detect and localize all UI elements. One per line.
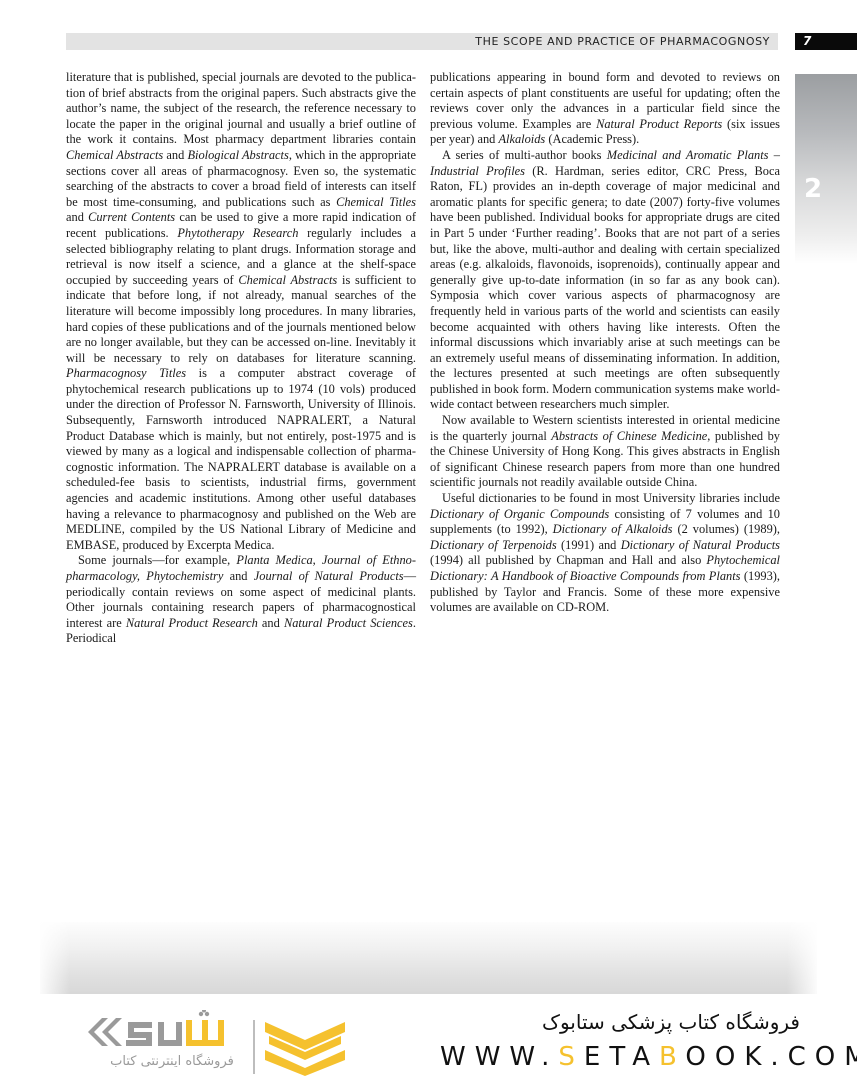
italic-title: Chemical Abstracts (238, 273, 337, 287)
paragraph: Useful dictionaries to be found in most … (430, 491, 780, 616)
text: and (163, 148, 187, 162)
text: Some journals—for example, (78, 553, 236, 567)
store-url-link[interactable]: WWW.SETABOOK.COM (440, 1042, 857, 1072)
paragraph: literature that is published, special jo… (66, 70, 416, 553)
text: and (223, 569, 253, 583)
chapter-number: 2 (804, 174, 822, 204)
text: (1994) all published by Chapman and Hall… (430, 553, 706, 567)
text: A series of multi-author books (442, 148, 607, 162)
brand-divider (253, 1020, 255, 1074)
italic-title: Biological Abstracts (187, 148, 288, 162)
brand-tagline: فروشگاه اینترنتی کتاب (92, 1054, 252, 1069)
url-text: WWW. (440, 1042, 558, 1072)
italic-title: Natural Product Research (126, 616, 258, 630)
paragraph: publications appearing in bound form and… (430, 70, 780, 148)
brand-wordmark-icon (80, 1010, 250, 1054)
italic-title: Journal of Natural Products (254, 569, 404, 583)
running-title: THE SCOPE AND PRACTICE OF PHARMACOGNOSY (475, 34, 770, 49)
text: (2 volumes) (1989), (673, 522, 781, 536)
url-text: ETA (584, 1042, 659, 1072)
text: and (258, 616, 284, 630)
chapter-tab: 2 (795, 74, 857, 264)
left-column: literature that is published, special jo… (66, 70, 416, 647)
italic-title: Abstracts of Chinese Medicine (551, 429, 707, 443)
text: (R. Hardman, series editor, CRC Press, B… (430, 164, 780, 412)
right-column: publications appearing in bound form and… (430, 70, 780, 616)
url-text: OOK.COM (685, 1042, 857, 1072)
text: and (66, 210, 88, 224)
store-name: فروشگاه کتاب پزشکی ستابوک (520, 1010, 800, 1034)
text: (1991) and (557, 538, 621, 552)
page-bottom-shadow (40, 922, 817, 994)
paragraph: Now available to Western scientists inte… (430, 413, 780, 491)
italic-title: Dictionary of Alkaloids (553, 522, 673, 536)
italic-title: Phytotherapy Research (177, 226, 298, 240)
text: Useful dictionaries to be found in most … (442, 491, 780, 505)
brand-logo[interactable]: فروشگاه اینترنتی کتاب (60, 1010, 350, 1076)
text: (Academic Press). (545, 132, 639, 146)
url-highlight: B (659, 1042, 685, 1072)
italic-title: Alkaloids (498, 132, 545, 146)
italic-title: Dictionary of Organic Compounds (430, 507, 609, 521)
italic-title: Dictionary of Natural Products (621, 538, 780, 552)
page-number: 7 (803, 33, 811, 50)
brand-chevron-icon (265, 1018, 345, 1076)
italic-title: Current Contents (88, 210, 175, 224)
italic-title: Natural Product Sciences (284, 616, 413, 630)
italic-title: Pharmacognosy Titles (66, 366, 186, 380)
paragraph: Some journals—for example, Planta Medica… (66, 553, 416, 647)
italic-title: Chemical Titles (336, 195, 416, 209)
url-highlight: S (558, 1042, 584, 1072)
running-head-bar: THE SCOPE AND PRACTICE OF PHARMACOGNOSY (66, 33, 778, 50)
italic-title: Natural Product Reports (596, 117, 722, 131)
page-number-box: 7 (795, 33, 857, 50)
italic-title: Chemical Abstracts (66, 148, 163, 162)
paragraph: A series of multi-author books Medicinal… (430, 148, 780, 413)
text: is a computer abstract coverage of phyto… (66, 366, 416, 552)
text: literature that is published, special jo… (66, 70, 416, 146)
italic-title: Dictionary of Terpenoids (430, 538, 557, 552)
